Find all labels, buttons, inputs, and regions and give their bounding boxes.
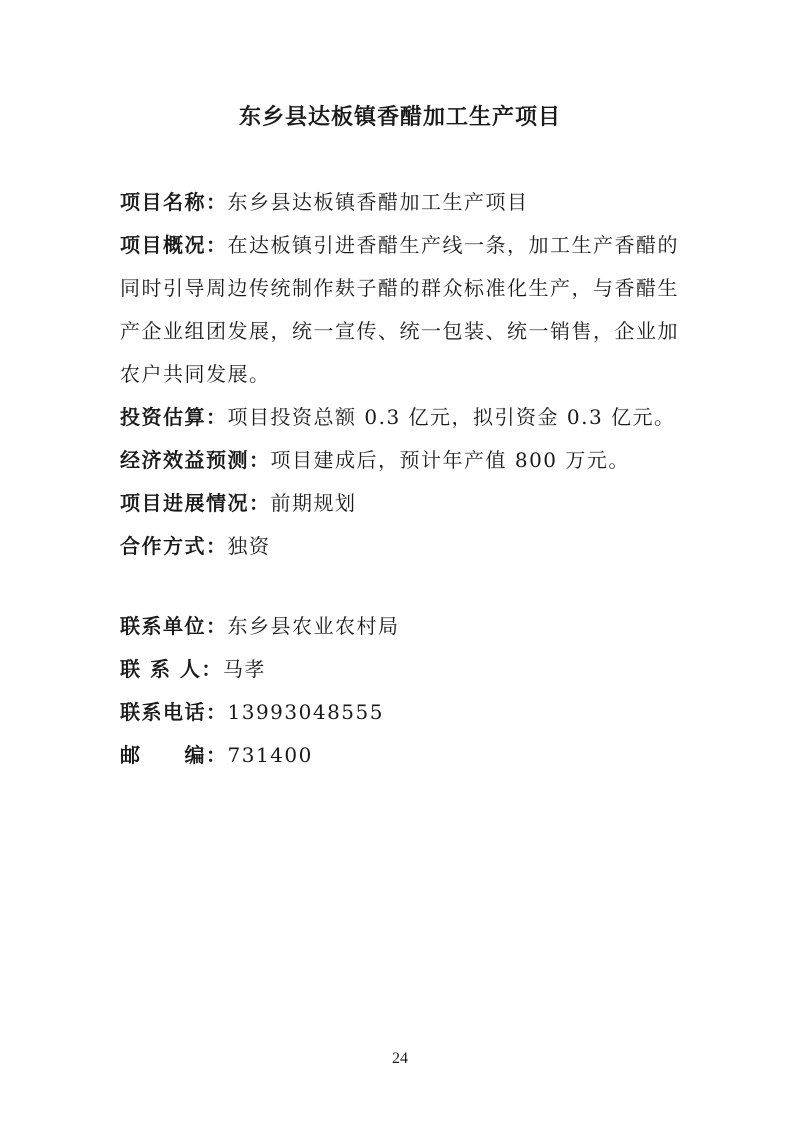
field-value: 项目建成后，预计年产值 800 万元。 bbox=[271, 448, 630, 472]
overview-continuation-2: 产企业组团发展，统一宣传、统一包装、统一销售，企业加 bbox=[120, 315, 679, 344]
field-value: 农户共同发展。 bbox=[120, 362, 271, 386]
contact-postcode: 邮 编：731400 bbox=[120, 739, 313, 768]
field-progress: 项目进展情况：前期规划 bbox=[120, 487, 357, 516]
contact-unit: 联系单位：东乡县农业农村局 bbox=[120, 610, 400, 639]
contact-value: 13993048555 bbox=[228, 700, 384, 724]
contact-value: 马孝 bbox=[223, 657, 266, 681]
overview-continuation-1: 同时引导周边传统制作麸子醋的群众标准化生产，与香醋生 bbox=[120, 272, 679, 301]
contact-person: 联 系 人：马孝 bbox=[120, 653, 266, 682]
field-value: 前期规划 bbox=[271, 491, 357, 515]
document-title: 东乡县达板镇香醋加工生产项目 bbox=[0, 100, 800, 131]
field-value: 项目投资总额 0.3 亿元，拟引资金 0.3 亿元。 bbox=[228, 405, 676, 429]
field-value: 独资 bbox=[228, 534, 271, 558]
field-project-name: 项目名称：东乡县达板镇香醋加工生产项目 bbox=[120, 186, 529, 215]
page-number: 24 bbox=[0, 1050, 800, 1068]
contact-label: 联 系 人： bbox=[120, 657, 223, 681]
field-label: 合作方式： bbox=[120, 534, 228, 558]
contact-label: 联系电话： bbox=[120, 700, 228, 724]
contact-value: 东乡县农业农村局 bbox=[228, 614, 400, 638]
field-label: 项目名称： bbox=[120, 190, 228, 214]
field-project-overview: 项目概况：在达板镇引进香醋生产线一条，加工生产香醋的 bbox=[120, 229, 679, 258]
field-cooperation-mode: 合作方式：独资 bbox=[120, 530, 271, 559]
field-economic-forecast: 经济效益预测：项目建成后，预计年产值 800 万元。 bbox=[120, 444, 630, 473]
field-label: 投资估算： bbox=[120, 405, 228, 429]
field-value: 同时引导周边传统制作麸子醋的群众标准化生产，与香醋生 bbox=[120, 276, 679, 300]
contact-phone: 联系电话：13993048555 bbox=[120, 696, 384, 725]
contact-value: 731400 bbox=[228, 743, 313, 767]
field-label: 经济效益预测： bbox=[120, 448, 271, 472]
field-label: 项目进展情况： bbox=[120, 491, 271, 515]
overview-continuation-3: 农户共同发展。 bbox=[120, 358, 271, 387]
field-value: 在达板镇引进香醋生产线一条，加工生产香醋的 bbox=[228, 233, 680, 257]
field-investment-estimate: 投资估算：项目投资总额 0.3 亿元，拟引资金 0.3 亿元。 bbox=[120, 401, 676, 430]
contact-label: 邮 编： bbox=[120, 743, 228, 767]
field-label: 项目概况： bbox=[120, 233, 228, 257]
field-value: 产企业组团发展，统一宣传、统一包装、统一销售，企业加 bbox=[120, 319, 679, 343]
field-value: 东乡县达板镇香醋加工生产项目 bbox=[228, 190, 529, 214]
contact-label: 联系单位： bbox=[120, 614, 228, 638]
